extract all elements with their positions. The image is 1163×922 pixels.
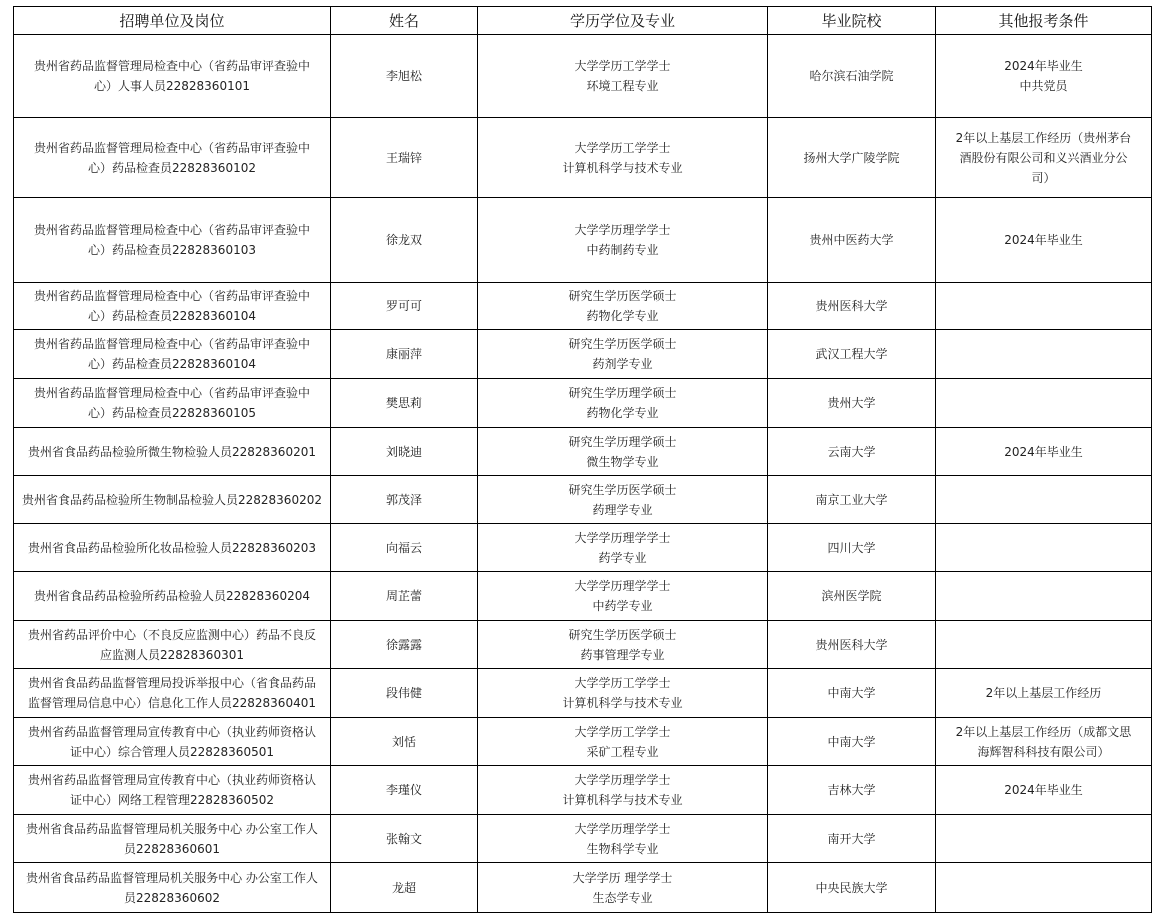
table-row: 贵州省食品药品检验所微生物检验人员22828360201刘晓迪研究生学历理学硕士… bbox=[14, 428, 1152, 476]
cell-name: 张翰文 bbox=[331, 815, 478, 863]
cell-conditions: 2024年毕业生 bbox=[936, 766, 1152, 815]
table-row: 贵州省药品监督管理局检查中心（省药品审评查验中心）药品检查员2282836010… bbox=[14, 198, 1152, 283]
cell-education: 大学学历理学学士中药制药专业 bbox=[478, 198, 768, 283]
cell-school: 贵州大学 bbox=[768, 379, 936, 428]
cell-conditions bbox=[936, 476, 1152, 524]
cell-education: 研究生学历理学硕士微生物学专业 bbox=[478, 428, 768, 476]
header-row: 招聘单位及岗位 姓名 学历学位及专业 毕业院校 其他报考条件 bbox=[14, 7, 1152, 35]
cell-unit-position-line: 贵州省药品监督管理局宣传教育中心（执业药师资格认 bbox=[20, 722, 324, 742]
cell-name: 段伟健 bbox=[331, 669, 478, 718]
cell-education-line: 采矿工程专业 bbox=[482, 742, 763, 762]
cell-education-line: 生态学专业 bbox=[482, 888, 763, 908]
cell-name: 向福云 bbox=[331, 524, 478, 572]
cell-unit-position: 贵州省药品监督管理局检查中心（省药品审评查验中心）药品检查员2282836010… bbox=[14, 198, 331, 283]
cell-education-line: 环境工程专业 bbox=[482, 76, 763, 96]
table-row: 贵州省食品药品检验所药品检验人员22828360204周芷蕾大学学历理学学士中药… bbox=[14, 572, 1152, 621]
cell-education-line: 研究生学历医学硕士 bbox=[482, 625, 763, 645]
cell-education-line: 大学学历工学学士 bbox=[482, 722, 763, 742]
cell-school: 南京工业大学 bbox=[768, 476, 936, 524]
cell-unit-position-line: 心）人事人员22828360101 bbox=[20, 76, 324, 96]
cell-school: 贵州医科大学 bbox=[768, 283, 936, 330]
cell-unit-position-line: 贵州省食品药品监督管理局投诉举报中心（省食品药品 bbox=[20, 673, 324, 693]
cell-school: 扬州大学广陵学院 bbox=[768, 118, 936, 198]
cell-education-line: 大学学历理学学士 bbox=[482, 819, 763, 839]
cell-unit-position-line: 贵州省食品药品检验所化妆品检验人员22828360203 bbox=[20, 538, 324, 558]
cell-conditions-line: 司） bbox=[940, 168, 1147, 188]
cell-unit-position: 贵州省药品监督管理局检查中心（省药品审评查验中心）药品检查员2282836010… bbox=[14, 118, 331, 198]
cell-school: 滨州医学院 bbox=[768, 572, 936, 621]
cell-unit-position-line: 贵州省药品监督管理局检查中心（省药品审评查验中 bbox=[20, 334, 324, 354]
cell-unit-position-line: 贵州省药品监督管理局检查中心（省药品审评查验中 bbox=[20, 383, 324, 403]
cell-education-line: 计算机科学与技术专业 bbox=[482, 693, 763, 713]
cell-name: 樊思莉 bbox=[331, 379, 478, 428]
cell-education-line: 药事管理学专业 bbox=[482, 645, 763, 665]
cell-unit-position-line: 贵州省食品药品监督管理局机关服务中心 办公室工作人 bbox=[20, 819, 324, 839]
table-row: 贵州省药品监督管理局宣传教育中心（执业药师资格认证中心）综合管理人员228283… bbox=[14, 718, 1152, 766]
cell-education-line: 大学学历工学学士 bbox=[482, 138, 763, 158]
cell-unit-position: 贵州省食品药品检验所化妆品检验人员22828360203 bbox=[14, 524, 331, 572]
cell-unit-position-line: 心）药品检查员22828360102 bbox=[20, 158, 324, 178]
cell-conditions: 2年以上基层工作经历（成都文思海辉智科科技有限公司） bbox=[936, 718, 1152, 766]
cell-conditions-line: 海辉智科科技有限公司） bbox=[940, 742, 1147, 762]
cell-education-line: 计算机科学与技术专业 bbox=[482, 790, 763, 810]
cell-conditions: 2年以上基层工作经历 bbox=[936, 669, 1152, 718]
cell-name: 郭茂泽 bbox=[331, 476, 478, 524]
cell-unit-position-line: 心）药品检查员22828360104 bbox=[20, 306, 324, 326]
cell-name: 周芷蕾 bbox=[331, 572, 478, 621]
cell-unit-position-line: 贵州省药品监督管理局宣传教育中心（执业药师资格认 bbox=[20, 770, 324, 790]
cell-unit-position-line: 贵州省食品药品监督管理局机关服务中心 办公室工作人 bbox=[20, 868, 324, 888]
cell-name: 康丽萍 bbox=[331, 330, 478, 379]
cell-education: 大学学历 理学学士生态学专业 bbox=[478, 863, 768, 913]
cell-unit-position-line: 心）药品检查员22828360103 bbox=[20, 240, 324, 260]
cell-education-line: 研究生学历医学硕士 bbox=[482, 334, 763, 354]
cell-school: 贵州中医药大学 bbox=[768, 198, 936, 283]
cell-unit-position-line: 贵州省食品药品检验所药品检验人员22828360204 bbox=[20, 586, 324, 606]
cell-unit-position: 贵州省药品监督管理局检查中心（省药品审评查验中心）药品检查员2282836010… bbox=[14, 330, 331, 379]
cell-unit-position: 贵州省药品监督管理局检查中心（省药品审评查验中心）药品检查员2282836010… bbox=[14, 379, 331, 428]
cell-conditions bbox=[936, 283, 1152, 330]
cell-school: 中南大学 bbox=[768, 718, 936, 766]
cell-name: 刘恬 bbox=[331, 718, 478, 766]
cell-unit-position-line: 心）药品检查员22828360105 bbox=[20, 403, 324, 423]
cell-name: 刘晓迪 bbox=[331, 428, 478, 476]
cell-unit-position-line: 应监测人员22828360301 bbox=[20, 645, 324, 665]
cell-unit-position-line: 贵州省药品监督管理局检查中心（省药品审评查验中 bbox=[20, 220, 324, 240]
cell-unit-position-line: 证中心）网络工程管理22828360502 bbox=[20, 790, 324, 810]
cell-school: 南开大学 bbox=[768, 815, 936, 863]
cell-unit-position-line: 贵州省药品监督管理局检查中心（省药品审评查验中 bbox=[20, 138, 324, 158]
cell-name: 徐露露 bbox=[331, 621, 478, 669]
cell-conditions-line: 2年以上基层工作经历（成都文思 bbox=[940, 722, 1147, 742]
cell-unit-position: 贵州省食品药品监督管理局机关服务中心 办公室工作人员22828360601 bbox=[14, 815, 331, 863]
cell-school: 中央民族大学 bbox=[768, 863, 936, 913]
header-education: 学历学位及专业 bbox=[478, 7, 768, 35]
cell-name: 龙超 bbox=[331, 863, 478, 913]
cell-unit-position: 贵州省药品监督管理局宣传教育中心（执业药师资格认证中心）网络工程管理228283… bbox=[14, 766, 331, 815]
cell-school: 中南大学 bbox=[768, 669, 936, 718]
cell-conditions bbox=[936, 815, 1152, 863]
table-row: 贵州省药品监督管理局宣传教育中心（执业药师资格认证中心）网络工程管理228283… bbox=[14, 766, 1152, 815]
cell-name: 王瑞锌 bbox=[331, 118, 478, 198]
cell-conditions bbox=[936, 524, 1152, 572]
table-row: 贵州省药品监督管理局检查中心（省药品审评查验中心）药品检查员2282836010… bbox=[14, 379, 1152, 428]
cell-unit-position: 贵州省药品监督管理局检查中心（省药品审评查验中心）药品检查员2282836010… bbox=[14, 283, 331, 330]
cell-unit-position-line: 员22828360602 bbox=[20, 888, 324, 908]
cell-conditions-line: 2024年毕业生 bbox=[940, 442, 1147, 462]
cell-education-line: 大学学历理学学士 bbox=[482, 528, 763, 548]
cell-conditions-line: 2年以上基层工作经历 bbox=[940, 683, 1147, 703]
cell-conditions bbox=[936, 379, 1152, 428]
table-row: 贵州省食品药品检验所化妆品检验人员22828360203向福云大学学历理学学士药… bbox=[14, 524, 1152, 572]
cell-school: 贵州医科大学 bbox=[768, 621, 936, 669]
cell-education-line: 药理学专业 bbox=[482, 500, 763, 520]
table-row: 贵州省食品药品检验所生物制品检验人员22828360202郭茂泽研究生学历医学硕… bbox=[14, 476, 1152, 524]
cell-education: 大学学历理学学士中药学专业 bbox=[478, 572, 768, 621]
cell-conditions bbox=[936, 621, 1152, 669]
cell-education-line: 大学学历理学学士 bbox=[482, 576, 763, 596]
cell-unit-position: 贵州省食品药品检验所微生物检验人员22828360201 bbox=[14, 428, 331, 476]
cell-conditions: 2024年毕业生 bbox=[936, 428, 1152, 476]
table-row: 贵州省药品评价中心（不良反应监测中心）药品不良反应监测人员22828360301… bbox=[14, 621, 1152, 669]
cell-education-line: 大学学历理学学士 bbox=[482, 220, 763, 240]
cell-unit-position-line: 贵州省食品药品检验所生物制品检验人员22828360202 bbox=[20, 490, 324, 510]
cell-education-line: 生物科学专业 bbox=[482, 839, 763, 859]
cell-education-line: 中药制药专业 bbox=[482, 240, 763, 260]
cell-education: 大学学历理学学士计算机科学与技术专业 bbox=[478, 766, 768, 815]
cell-education-line: 研究生学历医学硕士 bbox=[482, 480, 763, 500]
recruitment-table: 招聘单位及岗位 姓名 学历学位及专业 毕业院校 其他报考条件 贵州省药品监督管理… bbox=[13, 6, 1152, 913]
table-row: 贵州省食品药品监督管理局投诉举报中心（省食品药品监督管理局信息中心）信息化工作人… bbox=[14, 669, 1152, 718]
cell-name: 李瑾仪 bbox=[331, 766, 478, 815]
cell-education: 大学学历工学学士环境工程专业 bbox=[478, 35, 768, 118]
cell-education-line: 药物化学专业 bbox=[482, 306, 763, 326]
cell-school: 武汉工程大学 bbox=[768, 330, 936, 379]
cell-unit-position: 贵州省食品药品监督管理局投诉举报中心（省食品药品监督管理局信息中心）信息化工作人… bbox=[14, 669, 331, 718]
cell-unit-position: 贵州省食品药品监督管理局机关服务中心 办公室工作人员22828360602 bbox=[14, 863, 331, 913]
cell-education: 研究生学历医学硕士药事管理学专业 bbox=[478, 621, 768, 669]
cell-unit-position-line: 员22828360601 bbox=[20, 839, 324, 859]
cell-name: 李旭松 bbox=[331, 35, 478, 118]
header-name: 姓名 bbox=[331, 7, 478, 35]
cell-conditions-line: 2年以上基层工作经历（贵州茅台 bbox=[940, 128, 1147, 148]
cell-education: 研究生学历医学硕士药剂学专业 bbox=[478, 330, 768, 379]
cell-education-line: 大学学历 理学学士 bbox=[482, 868, 763, 888]
cell-education-line: 药剂学专业 bbox=[482, 354, 763, 374]
cell-conditions: 2024年毕业生 bbox=[936, 198, 1152, 283]
cell-conditions-line: 中共党员 bbox=[940, 76, 1147, 96]
table-row: 贵州省药品监督管理局检查中心（省药品审评查验中心）药品检查员2282836010… bbox=[14, 330, 1152, 379]
cell-education: 大学学历工学学士采矿工程专业 bbox=[478, 718, 768, 766]
cell-conditions bbox=[936, 330, 1152, 379]
cell-education-line: 药学专业 bbox=[482, 548, 763, 568]
cell-conditions: 2年以上基层工作经历（贵州茅台酒股份有限公司和义兴酒业分公司） bbox=[936, 118, 1152, 198]
cell-name: 罗可可 bbox=[331, 283, 478, 330]
cell-unit-position-line: 监督管理局信息中心）信息化工作人员22828360401 bbox=[20, 693, 324, 713]
cell-unit-position-line: 贵州省药品监督管理局检查中心（省药品审评查验中 bbox=[20, 286, 324, 306]
cell-unit-position-line: 贵州省药品监督管理局检查中心（省药品审评查验中 bbox=[20, 56, 324, 76]
cell-unit-position-line: 证中心）综合管理人员22828360501 bbox=[20, 742, 324, 762]
cell-school: 云南大学 bbox=[768, 428, 936, 476]
cell-education-line: 大学学历工学学士 bbox=[482, 56, 763, 76]
cell-name: 徐龙双 bbox=[331, 198, 478, 283]
cell-unit-position-line: 贵州省药品评价中心（不良反应监测中心）药品不良反 bbox=[20, 625, 324, 645]
cell-school: 吉林大学 bbox=[768, 766, 936, 815]
cell-education: 大学学历理学学士生物科学专业 bbox=[478, 815, 768, 863]
table-row: 贵州省食品药品监督管理局机关服务中心 办公室工作人员22828360602龙超大… bbox=[14, 863, 1152, 913]
header-conditions: 其他报考条件 bbox=[936, 7, 1152, 35]
table-row: 贵州省食品药品监督管理局机关服务中心 办公室工作人员22828360601张翰文… bbox=[14, 815, 1152, 863]
table-row: 贵州省药品监督管理局检查中心（省药品审评查验中心）药品检查员2282836010… bbox=[14, 283, 1152, 330]
cell-unit-position-line: 心）药品检查员22828360104 bbox=[20, 354, 324, 374]
table-row: 贵州省药品监督管理局检查中心（省药品审评查验中心）药品检查员2282836010… bbox=[14, 118, 1152, 198]
cell-school: 哈尔滨石油学院 bbox=[768, 35, 936, 118]
cell-conditions-line: 2024年毕业生 bbox=[940, 780, 1147, 800]
cell-unit-position: 贵州省食品药品检验所药品检验人员22828360204 bbox=[14, 572, 331, 621]
cell-education: 研究生学历理学硕士药物化学专业 bbox=[478, 379, 768, 428]
cell-education-line: 大学学历理学学士 bbox=[482, 770, 763, 790]
cell-conditions: 2024年毕业生中共党员 bbox=[936, 35, 1152, 118]
table-row: 贵州省药品监督管理局检查中心（省药品审评查验中心）人事人员22828360101… bbox=[14, 35, 1152, 118]
cell-school: 四川大学 bbox=[768, 524, 936, 572]
cell-conditions-line: 2024年毕业生 bbox=[940, 56, 1147, 76]
cell-unit-position: 贵州省食品药品检验所生物制品检验人员22828360202 bbox=[14, 476, 331, 524]
cell-education: 研究生学历医学硕士药物化学专业 bbox=[478, 283, 768, 330]
cell-education: 大学学历工学学士计算机科学与技术专业 bbox=[478, 669, 768, 718]
cell-education: 大学学历工学学士计算机科学与技术专业 bbox=[478, 118, 768, 198]
cell-conditions bbox=[936, 863, 1152, 913]
cell-education-line: 中药学专业 bbox=[482, 596, 763, 616]
cell-unit-position: 贵州省药品监督管理局宣传教育中心（执业药师资格认证中心）综合管理人员228283… bbox=[14, 718, 331, 766]
cell-unit-position: 贵州省药品评价中心（不良反应监测中心）药品不良反应监测人员22828360301 bbox=[14, 621, 331, 669]
cell-education-line: 研究生学历理学硕士 bbox=[482, 432, 763, 452]
cell-education: 研究生学历医学硕士药理学专业 bbox=[478, 476, 768, 524]
cell-unit-position-line: 贵州省食品药品检验所微生物检验人员22828360201 bbox=[20, 442, 324, 462]
cell-education-line: 大学学历工学学士 bbox=[482, 673, 763, 693]
cell-unit-position: 贵州省药品监督管理局检查中心（省药品审评查验中心）人事人员22828360101 bbox=[14, 35, 331, 118]
cell-education: 大学学历理学学士药学专业 bbox=[478, 524, 768, 572]
header-school: 毕业院校 bbox=[768, 7, 936, 35]
cell-education-line: 研究生学历医学硕士 bbox=[482, 286, 763, 306]
cell-conditions-line: 2024年毕业生 bbox=[940, 230, 1147, 250]
cell-education-line: 计算机科学与技术专业 bbox=[482, 158, 763, 178]
cell-education-line: 微生物学专业 bbox=[482, 452, 763, 472]
table-body: 贵州省药品监督管理局检查中心（省药品审评查验中心）人事人员22828360101… bbox=[14, 35, 1152, 913]
cell-education-line: 药物化学专业 bbox=[482, 403, 763, 423]
cell-conditions-line: 酒股份有限公司和义兴酒业分公 bbox=[940, 148, 1147, 168]
header-unit-position: 招聘单位及岗位 bbox=[14, 7, 331, 35]
cell-conditions bbox=[936, 572, 1152, 621]
cell-education-line: 研究生学历理学硕士 bbox=[482, 383, 763, 403]
